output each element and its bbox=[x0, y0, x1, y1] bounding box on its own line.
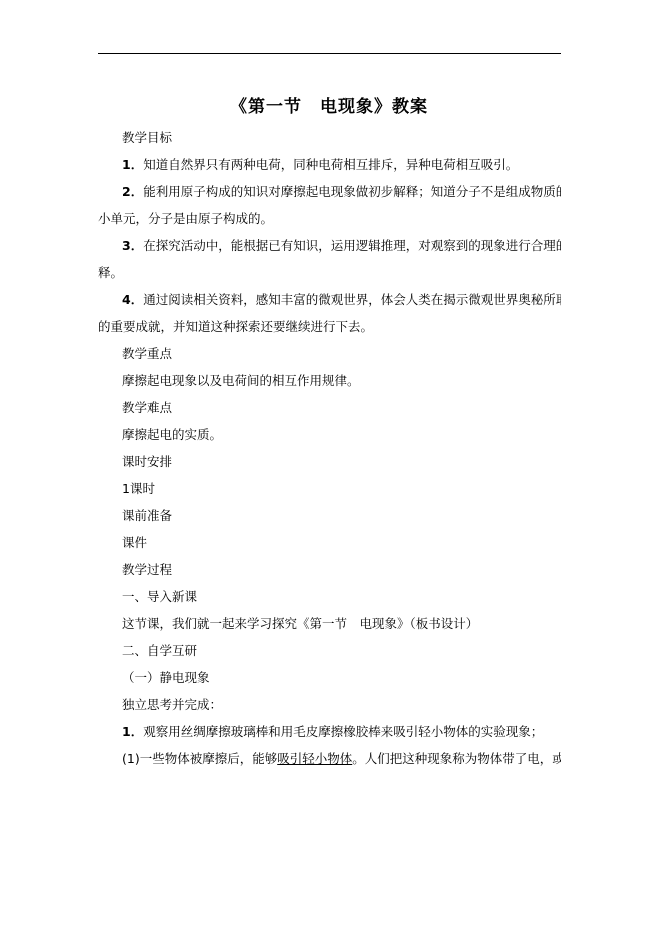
objective-number: 1． bbox=[122, 157, 143, 172]
objective-number: 4． bbox=[122, 292, 143, 307]
header-rule bbox=[98, 53, 561, 54]
part1-heading: 一、导入新课 bbox=[98, 583, 561, 610]
prep-heading: 课前准备 bbox=[98, 502, 561, 529]
objective-number: 3． bbox=[122, 238, 143, 253]
sub-text-post: 。人们把这种现象称为物体带了电，或者 bbox=[352, 751, 561, 766]
prep-text: 课件 bbox=[98, 529, 561, 556]
objectives-heading: 教学目标 bbox=[98, 124, 561, 151]
objective-4: 4．通过阅读相关资料，感知丰富的微观世界，体会人类在揭示微观世界奥秘所取得 bbox=[98, 286, 561, 313]
sub-text-pre: (1)一些物体被摩擦后，能够 bbox=[122, 751, 277, 766]
item-1: 1．观察用丝绸摩擦玻璃棒和用毛皮摩擦橡胶棒来吸引轻小物体的实验现象； bbox=[98, 718, 561, 745]
schedule-heading: 课时安排 bbox=[98, 448, 561, 475]
part2-heading: 二、自学互研 bbox=[98, 637, 561, 664]
key-text: 摩擦起电现象以及电荷间的相互作用规律。 bbox=[98, 367, 561, 394]
schedule-text: 1课时 bbox=[98, 475, 561, 502]
objective-4-cont: 的重要成就，并知道这种探索还要继续进行下去。 bbox=[98, 313, 561, 340]
document-title: 《第一节 电现象》教案 bbox=[0, 92, 658, 117]
objective-3-cont: 释。 bbox=[98, 259, 561, 286]
key-heading: 教学重点 bbox=[98, 340, 561, 367]
item-1-sub: (1)一些物体被摩擦后，能够吸引轻小物体。人们把这种现象称为物体带了电，或者 bbox=[98, 745, 561, 772]
process-heading: 教学过程 bbox=[98, 556, 561, 583]
objective-2: 2．能利用原子构成的知识对摩擦起电现象做初步解释；知道分子不是组成物质的最 bbox=[98, 178, 561, 205]
objective-2-cont: 小单元，分子是由原子构成的。 bbox=[98, 205, 561, 232]
objective-3: 3．在探究活动中，能根据已有知识，运用逻辑推理，对观察到的现象进行合理的解 bbox=[98, 232, 561, 259]
document-body: 教学目标 1．知道自然界只有两种电荷，同种电荷相互排斥，异种电荷相互吸引。 2．… bbox=[98, 124, 561, 772]
objective-text: 能利用原子构成的知识对摩擦起电现象做初步解释；知道分子不是组成物质的最 bbox=[143, 184, 561, 199]
difficulty-heading: 教学难点 bbox=[98, 394, 561, 421]
fill-blank-answer: 吸引轻小物体 bbox=[277, 751, 352, 766]
part2-subheading: （一）静电现象 bbox=[98, 664, 561, 691]
objective-text: 通过阅读相关资料，感知丰富的微观世界，体会人类在揭示微观世界奥秘所取得 bbox=[143, 292, 561, 307]
objective-number: 2． bbox=[122, 184, 143, 199]
part1-text: 这节课，我们就一起来学习探究《第一节 电现象》（板书设计） bbox=[98, 610, 561, 637]
objective-text: 在探究活动中，能根据已有知识，运用逻辑推理，对观察到的现象进行合理的解 bbox=[143, 238, 561, 253]
objective-1: 1．知道自然界只有两种电荷，同种电荷相互排斥，异种电荷相互吸引。 bbox=[98, 151, 561, 178]
difficulty-text: 摩擦起电的实质。 bbox=[98, 421, 561, 448]
part2-instruction: 独立思考并完成： bbox=[98, 691, 561, 718]
item-number: 1． bbox=[122, 724, 143, 739]
item-text: 观察用丝绸摩擦玻璃棒和用毛皮摩擦橡胶棒来吸引轻小物体的实验现象； bbox=[143, 724, 543, 739]
objective-text: 知道自然界只有两种电荷，同种电荷相互排斥，异种电荷相互吸引。 bbox=[143, 157, 518, 172]
